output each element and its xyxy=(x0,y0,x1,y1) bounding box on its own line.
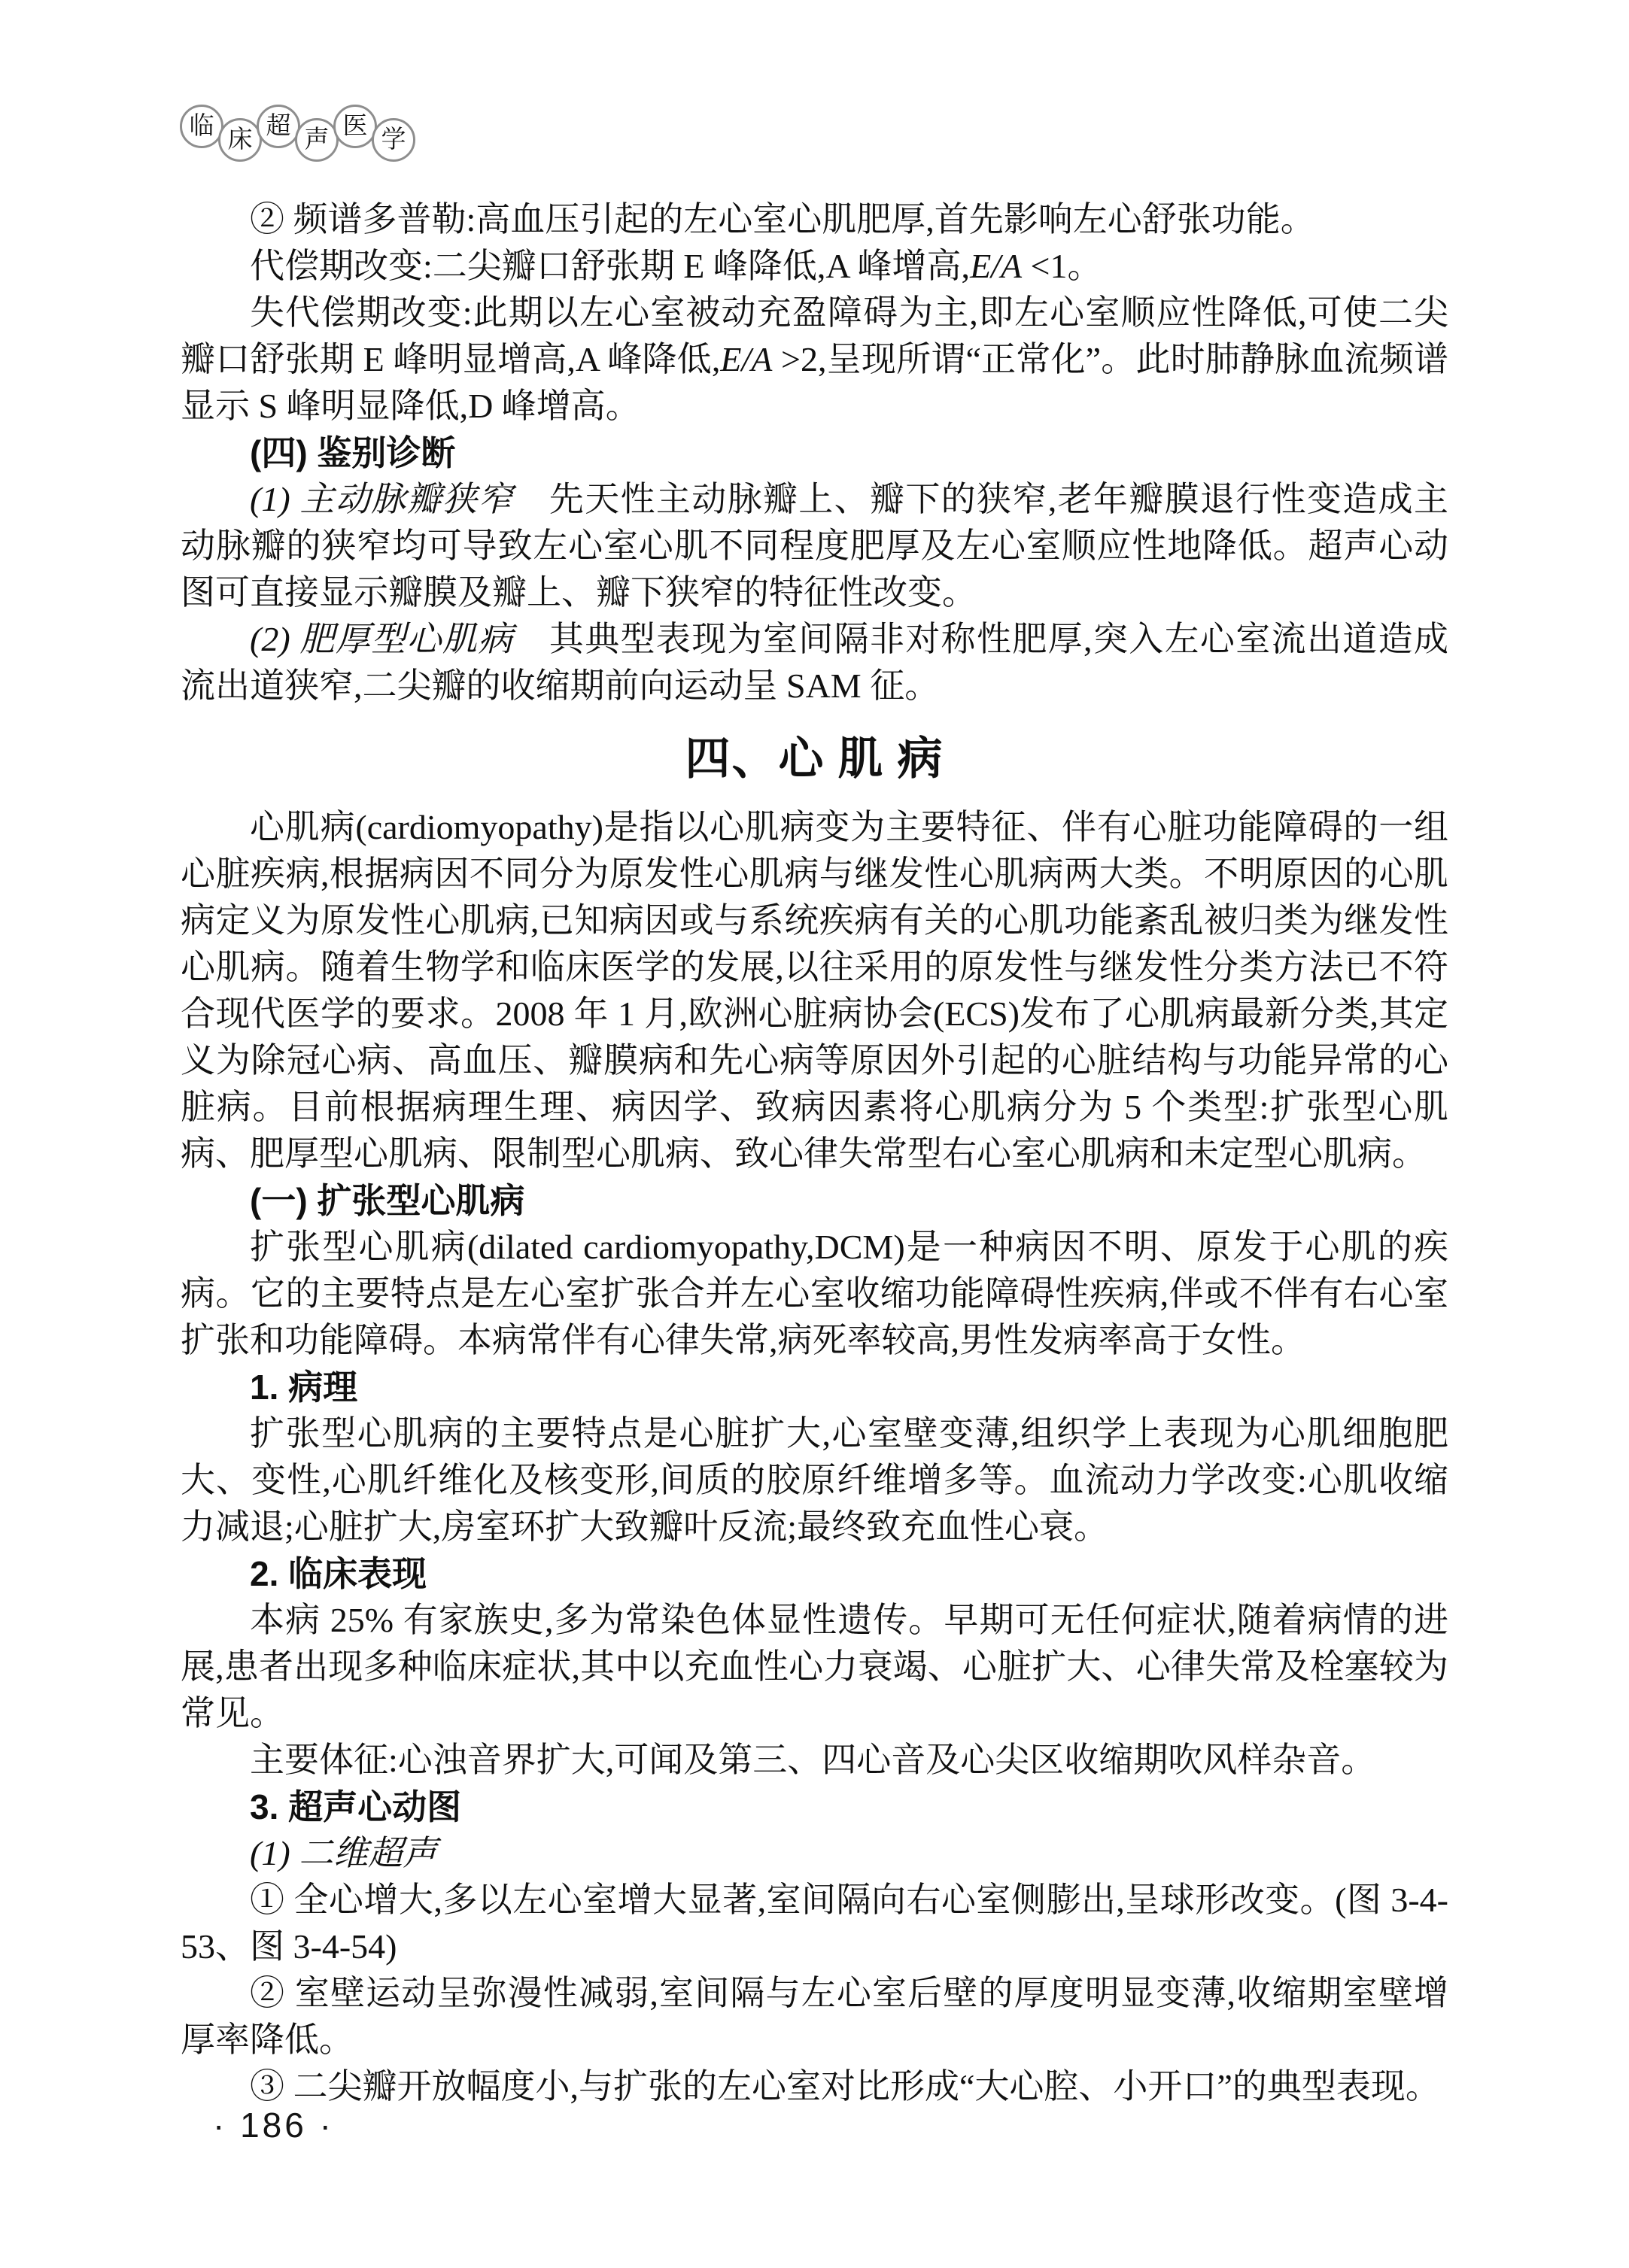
logo-circle: 床 xyxy=(218,118,262,162)
logo-character: 医 xyxy=(343,114,368,139)
text-run: (1) 二维超声 xyxy=(250,1834,437,1872)
logo-circle: 临 xyxy=(180,105,223,148)
page-number: · 186 · xyxy=(213,2106,334,2144)
para-spectral-doppler: ② 频谱多普勒:高血压引起的左心室心肌肥厚,首先影响左心舒张功能。 xyxy=(181,196,1448,243)
logo-circle: 学 xyxy=(372,118,415,162)
heading-clinical-manifestation: 2. 临床表现 xyxy=(181,1550,1448,1597)
text-run: 2. 临床表现 xyxy=(250,1554,427,1593)
para-cardiomyopathy-intro: 心肌病(cardiomyopathy)是指以心肌病变为主要特征、伴有心脏功能障碍… xyxy=(181,804,1448,1177)
text-run: 扩张型心肌病(dilated cardiomyopathy,DCM)是一种病因不… xyxy=(181,1228,1448,1359)
text-run: (四) 鉴别诊断 xyxy=(250,433,455,472)
text-run: 心肌病(cardiomyopathy)是指以心肌病变为主要特征、伴有心脏功能障碍… xyxy=(181,808,1448,1173)
heading-dilated-cardiomyopathy: (一) 扩张型心肌病 xyxy=(181,1177,1448,1224)
text-run: 本病 25% 有家族史,多为常染色体显性遗传。早期可无任何症状,随着病情的进展,… xyxy=(181,1601,1448,1732)
book-logo: 临床超声医学 xyxy=(180,105,415,162)
text-run: ③ 二尖瓣开放幅度小,与扩张的左心室对比形成“大心腔、小开口”的典型表现。 xyxy=(250,2067,1440,2106)
logo-character: 学 xyxy=(381,128,406,153)
text-run: (2) 肥厚型心肌病 xyxy=(250,620,514,658)
section-title-cardiomyopathy: 四、心 肌 病 xyxy=(181,727,1448,791)
heading-echocardiogram: 3. 超声心动图 xyxy=(181,1784,1448,1830)
text-run: 扩张型心肌病的主要特点是心脏扩大,心室壁变薄,组织学上表现为心肌细胞肥大、变性,… xyxy=(181,1414,1448,1546)
text-run: (1) 主动脉瓣狭窄 xyxy=(250,480,514,518)
text-run: (一) 扩张型心肌病 xyxy=(250,1181,524,1220)
text-content: ② 频谱多普勒:高血压引起的左心室心肌肥厚,首先影响左心舒张功能。代偿期改变:二… xyxy=(181,196,1448,2110)
text-run: ② 室壁运动呈弥漫性减弱,室间隔与左心室后壁的厚度明显变薄,收缩期室壁增厚率降低… xyxy=(181,1974,1448,2059)
para-compensated-change: 代偿期改变:二尖瓣口舒张期 E 峰降低,A 峰增高,E/A <1。 xyxy=(181,243,1448,290)
para-2d-finding-1: ① 全心增大,多以左心室增大显著,室间隔向右心室侧膨出,呈球形改变。(图 3-4… xyxy=(181,1877,1448,1970)
text-run: 3. 超声心动图 xyxy=(250,1787,461,1826)
text-run: E/A xyxy=(970,247,1022,285)
text-run: <1。 xyxy=(1022,247,1102,285)
para-main-signs: 主要体征:心浊音界扩大,可闻及第三、四心音及心尖区收缩期吹风样杂音。 xyxy=(181,1737,1448,1784)
logo-circle: 超 xyxy=(257,105,300,148)
text-run: 主要体征:心浊音界扩大,可闻及第三、四心音及心尖区收缩期吹风样杂音。 xyxy=(250,1741,1375,1779)
book-page: 临床超声医学 ② 频谱多普勒:高血压引起的左心室心肌肥厚,首先影响左心舒张功能。… xyxy=(0,0,1629,2268)
para-2d-finding-3: ③ 二尖瓣开放幅度小,与扩张的左心室对比形成“大心腔、小开口”的典型表现。 xyxy=(181,2063,1448,2110)
para-decompensated-change: 失代偿期改变:此期以左心室被动充盈障碍为主,即左心室顺应性降低,可使二尖瓣口舒张… xyxy=(181,290,1448,430)
para-2d-finding-2: ② 室壁运动呈弥漫性减弱,室间隔与左心室后壁的厚度明显变薄,收缩期室壁增厚率降低… xyxy=(181,1970,1448,2063)
logo-circle: 声 xyxy=(295,118,339,162)
logo-circle: 医 xyxy=(333,105,377,148)
para-pathology: 扩张型心肌病的主要特点是心脏扩大,心室壁变薄,组织学上表现为心肌细胞肥大、变性,… xyxy=(181,1410,1448,1550)
para-dcm-definition: 扩张型心肌病(dilated cardiomyopathy,DCM)是一种病因不… xyxy=(181,1224,1448,1364)
para-clinical-manifestation: 本病 25% 有家族史,多为常染色体显性遗传。早期可无任何症状,随着病情的进展,… xyxy=(181,1597,1448,1737)
text-run: E/A xyxy=(720,340,772,378)
heading-2d-ultrasound: (1) 二维超声 xyxy=(181,1830,1448,1877)
text-run: 1. 病理 xyxy=(250,1368,357,1407)
heading-pathology: 1. 病理 xyxy=(181,1364,1448,1410)
logo-character: 床 xyxy=(228,128,253,153)
text-run: ① 全心增大,多以左心室增大显著,室间隔向右心室侧膨出,呈球形改变。(图 3-4… xyxy=(181,1881,1448,1966)
heading-differential-diagnosis: (四) 鉴别诊断 xyxy=(181,430,1448,476)
text-run: 代偿期改变:二尖瓣口舒张期 E 峰降低,A 峰增高, xyxy=(250,247,970,285)
logo-character: 超 xyxy=(266,114,291,139)
logo-character: 临 xyxy=(190,114,214,139)
text-run: ② 频谱多普勒:高血压引起的左心室心肌肥厚,首先影响左心舒张功能。 xyxy=(250,200,1315,238)
para-aortic-valve-stenosis: (1) 主动脉瓣狭窄 先天性主动脉瓣上、瓣下的狭窄,老年瓣膜退行性变造成主动脉瓣… xyxy=(181,476,1448,616)
text-run: 四、心 肌 病 xyxy=(685,734,944,784)
logo-character: 声 xyxy=(305,128,330,153)
para-hypertrophic-cardiomyopathy: (2) 肥厚型心肌病 其典型表现为室间隔非对称性肥厚,突入左心室流出道造成流出道… xyxy=(181,616,1448,709)
